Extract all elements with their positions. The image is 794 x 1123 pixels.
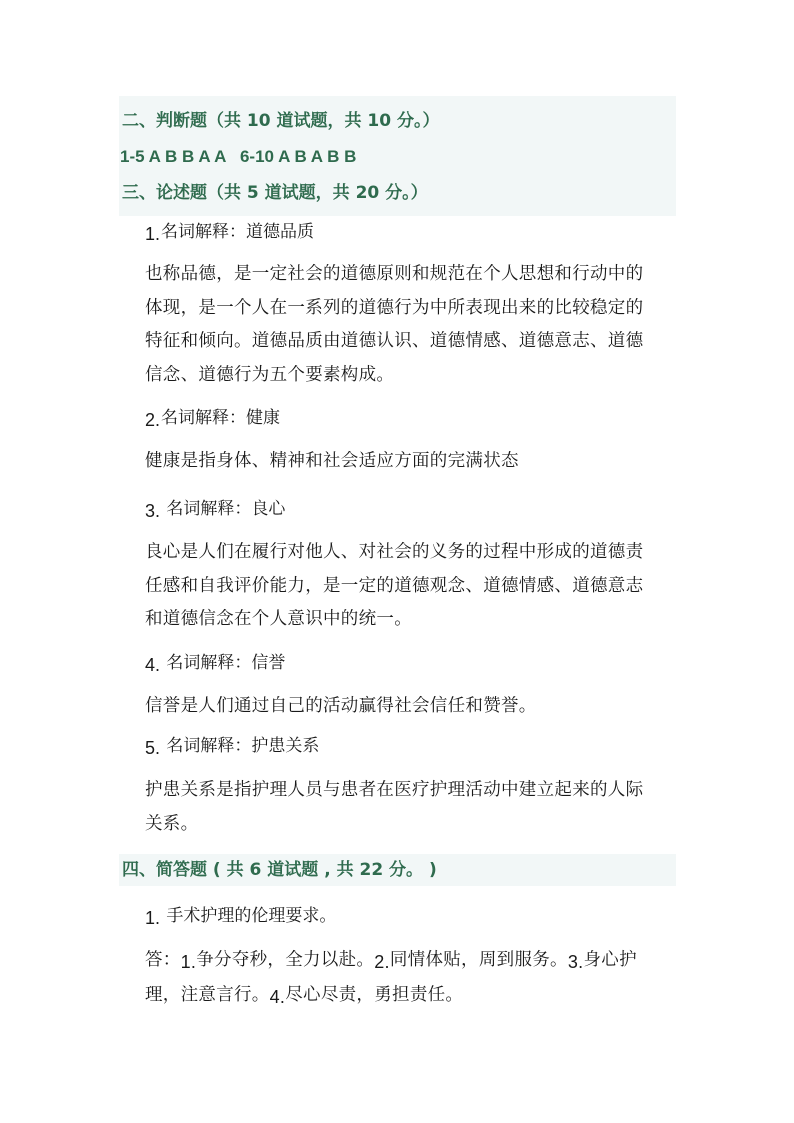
answer-line: 健康是指身体、精神和社会适应方面的完满状态 bbox=[145, 445, 675, 479]
question-number: 3. bbox=[145, 501, 160, 521]
answer-paragraph: 健康是指身体、精神和社会适应方面的完满状态 bbox=[145, 445, 675, 479]
answer-line: 也称品德，是一定社会的道德原则和规范在个人思想和行动中的 bbox=[145, 258, 675, 292]
point-number: 4. bbox=[270, 987, 286, 1007]
question-number: 1. bbox=[145, 224, 160, 244]
answer-line: 护患关系是指护理人员与患者在医疗护理活动中建立起来的人际 bbox=[145, 774, 675, 808]
answer-paragraph: 答：1.争分夺秒，全力以赴。2.同情体贴，周到服务。3.身心护理，注意言行。4.… bbox=[145, 943, 670, 1012]
point-number: 2. bbox=[374, 952, 390, 972]
question-title: 3. 名词解释：良心 bbox=[145, 496, 285, 521]
true-false-answers: 1-5 A B B A A 6-10 A B A B B bbox=[120, 146, 356, 168]
answer-line: 关系。 bbox=[145, 808, 675, 842]
point-number: 1. bbox=[181, 952, 197, 972]
section-four-heading: 四、简答题 ( 共 6 道试题 , 共 22 分。 ) bbox=[122, 859, 437, 881]
answer-line: 任感和自我评价能力，是一定的道德观念、道德情感、道德意志 bbox=[145, 570, 675, 604]
question-text: 名词解释：护患关系 bbox=[161, 736, 319, 756]
question-text: 手术护理的伦理要求。 bbox=[161, 906, 336, 926]
question-number: 2. bbox=[145, 410, 160, 430]
answer-paragraph: 良心是人们在履行对他人、对社会的义务的过程中形成的道德责 任感和自我评价能力，是… bbox=[145, 536, 675, 637]
question-number: 5. bbox=[145, 738, 160, 758]
question-number: 1. bbox=[145, 908, 160, 928]
section-two-heading: 二、判断题（共 10 道试题，共 10 分。） bbox=[122, 110, 440, 132]
question-text: 名词解释：道德品质 bbox=[161, 222, 314, 242]
question-text: 名词解释：良心 bbox=[161, 499, 285, 519]
question-text: 名词解释：信誉 bbox=[161, 653, 285, 673]
question-title: 1.名词解释：道德品质 bbox=[145, 219, 314, 244]
answer-paragraph: 信誉是人们通过自己的活动赢得社会信任和赞誉。 bbox=[145, 690, 675, 724]
point-text: 争分夺秒，全力以赴。 bbox=[196, 950, 374, 970]
answer-prefix: 答： bbox=[145, 950, 181, 970]
point-text: 尽心尽责，勇担责任。 bbox=[285, 985, 463, 1005]
section-three-heading: 三、论述题（共 5 道试题，共 20 分。） bbox=[122, 182, 428, 204]
point-number: 3. bbox=[568, 952, 584, 972]
answer-line: 信誉是人们通过自己的活动赢得社会信任和赞誉。 bbox=[145, 690, 675, 724]
point-text: 同情体贴，周到服务。 bbox=[390, 950, 568, 970]
answer-line: 特征和倾向。道德品质由道德认识、道德情感、道德意志、道德 bbox=[145, 325, 675, 359]
answer-line: 和道德信念在个人意识中的统一。 bbox=[145, 603, 675, 637]
answer-line: 良心是人们在履行对他人、对社会的义务的过程中形成的道德责 bbox=[145, 536, 675, 570]
question-title: 1. 手术护理的伦理要求。 bbox=[145, 903, 336, 928]
answer-paragraph: 护患关系是指护理人员与患者在医疗护理活动中建立起来的人际 关系。 bbox=[145, 774, 675, 841]
answer-line: 体现，是一个人在一系列的道德行为中所表现出来的比较稳定的 bbox=[145, 292, 675, 326]
answer-line: 信念、道德行为五个要素构成。 bbox=[145, 359, 675, 393]
question-title: 2.名词解释：健康 bbox=[145, 405, 280, 430]
answer-paragraph: 也称品德，是一定社会的道德原则和规范在个人思想和行动中的 体现，是一个人在一系列… bbox=[145, 258, 675, 392]
question-title: 5. 名词解释：护患关系 bbox=[145, 733, 319, 758]
question-text: 名词解释：健康 bbox=[161, 408, 280, 428]
question-title: 4. 名词解释：信誉 bbox=[145, 650, 285, 675]
question-number: 4. bbox=[145, 655, 160, 675]
